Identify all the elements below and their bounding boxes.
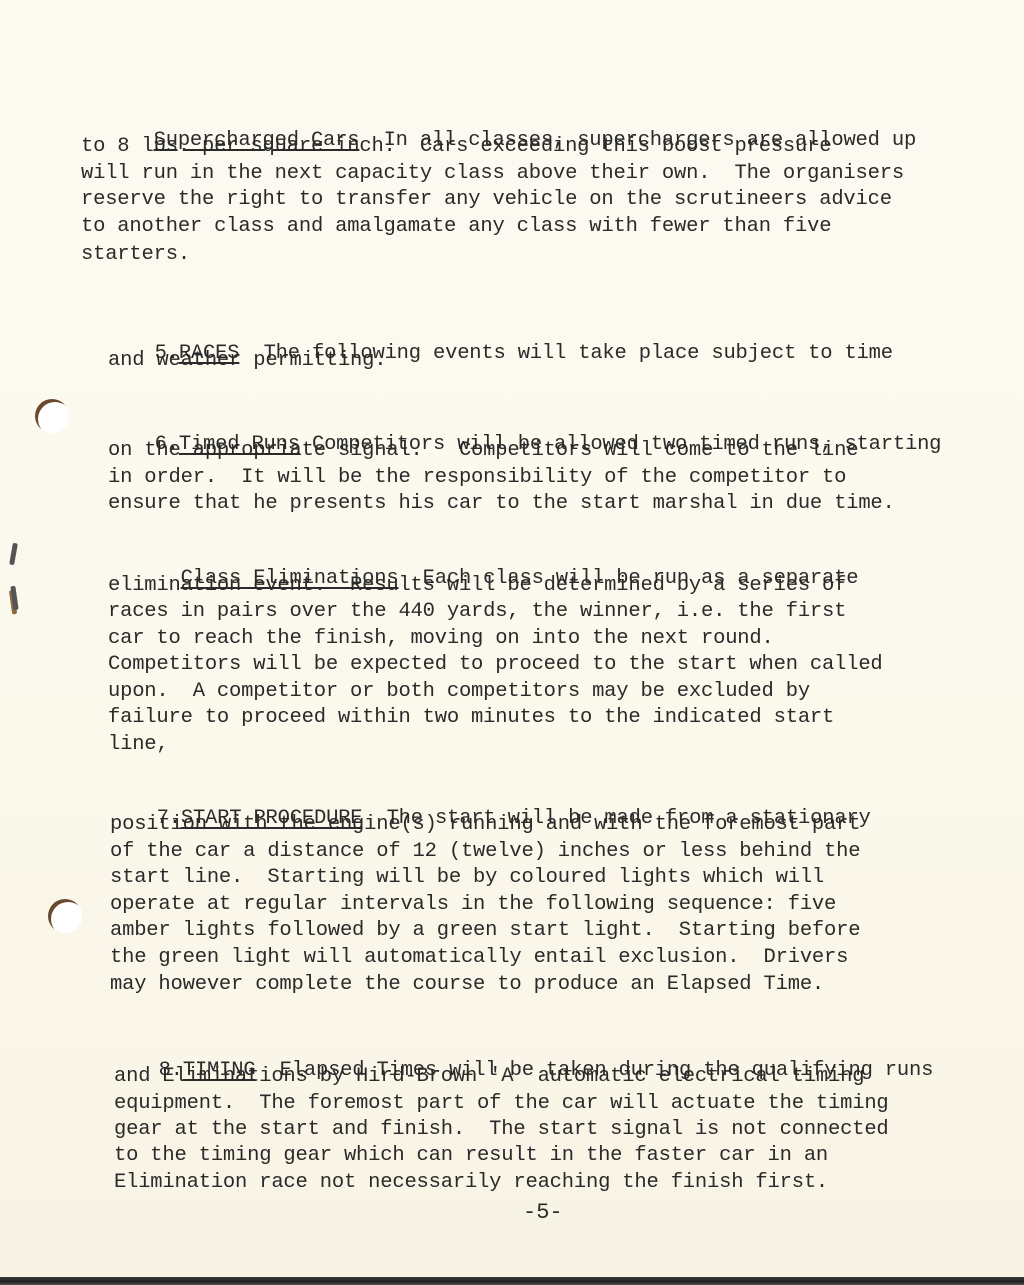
text-line: to the timing gear which can result in t… bbox=[114, 1146, 828, 1167]
text-line: car to reach the finish, moving on into … bbox=[108, 629, 774, 650]
text-line: gear at the start and finish. The start … bbox=[114, 1120, 889, 1141]
text-line: to another class and amalgamate any clas… bbox=[81, 217, 831, 238]
text-line: elimination event. Results will be deter… bbox=[108, 576, 846, 597]
page-edge bbox=[0, 1277, 1024, 1285]
staple-mark bbox=[9, 543, 18, 566]
text-line: amber lights followed by a green start l… bbox=[110, 921, 860, 942]
text-line: ensure that he presents his car to the s… bbox=[108, 494, 895, 515]
text-line: the green light will automatically entai… bbox=[110, 948, 848, 969]
text-line: starters. bbox=[81, 245, 190, 266]
text-line: operate at regular intervals in the foll… bbox=[110, 895, 836, 916]
text-line: upon. A competitor or both competitors m… bbox=[108, 682, 810, 703]
text-line: Competitors will be expected to proceed … bbox=[108, 655, 883, 676]
text-line: to 8 lbs. per square inch. Cars exceedin… bbox=[81, 137, 831, 158]
text-line: position with the engine(s) running and … bbox=[110, 815, 860, 836]
text-line: on the appropriate signal. Competitors w… bbox=[108, 441, 858, 462]
punch-hole bbox=[35, 399, 69, 433]
text-line: equipment. The foremost part of the car … bbox=[114, 1094, 889, 1115]
staple-mark bbox=[10, 586, 18, 610]
text-line: and weather permitting. bbox=[108, 351, 386, 372]
text-line: will run in the next capacity class abov… bbox=[81, 164, 904, 185]
text-line: of the car a distance of 12 (twelve) inc… bbox=[110, 842, 860, 863]
text-line: and Eliminations by Hird-Brown 'A' autom… bbox=[114, 1067, 864, 1088]
text-line: line, bbox=[108, 735, 169, 756]
text-line: Elimination race not necessarily reachin… bbox=[114, 1173, 828, 1194]
punch-hole bbox=[48, 899, 82, 933]
document-page: Supercharged Cars In all classes, superc… bbox=[0, 0, 1024, 1285]
page-number: -5- bbox=[523, 1200, 563, 1225]
text-line: races in pairs over the 440 yards, the w… bbox=[108, 602, 846, 623]
text-line: reserve the right to transfer any vehicl… bbox=[81, 190, 892, 211]
text-line: may however complete the course to produ… bbox=[110, 975, 824, 996]
text-line: start line. Starting will be by coloured… bbox=[110, 868, 824, 889]
text-line: failure to proceed within two minutes to… bbox=[108, 708, 834, 729]
text-line: in order. It will be the responsibility … bbox=[108, 468, 846, 489]
